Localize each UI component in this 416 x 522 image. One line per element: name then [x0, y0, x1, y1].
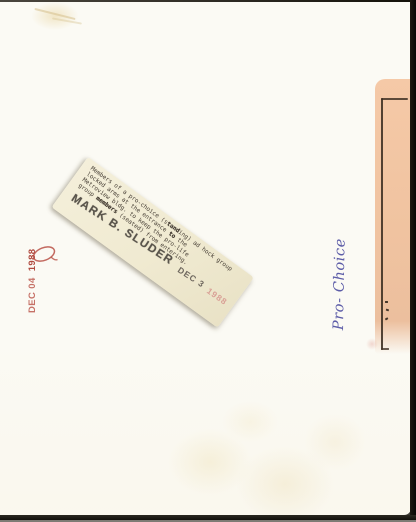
handwritten-note: Pro- Choice — [331, 226, 355, 330]
red-date-stamp-month-day: DEC 04 — [27, 277, 38, 313]
strip-tiny-mark — [385, 301, 388, 303]
scan-edge-top — [0, 0, 416, 2]
scanned-photo-back: Members of a pro-choice (standing) ad ho… — [0, 0, 416, 522]
caption-sticker: Members of a pro-choice (standing) ad ho… — [52, 157, 254, 328]
scratch-mark — [52, 17, 82, 24]
strip-tiny-mark — [381, 348, 389, 350]
strip-border-line-horizontal — [381, 98, 408, 100]
photo-paper: Members of a pro-choice (standing) ad ho… — [0, 2, 411, 515]
caption-line: locked arms at the entrance to the — [85, 170, 247, 290]
strip-border-line-vertical — [381, 98, 383, 350]
pink-smudge — [366, 338, 378, 350]
red-circle-scribble-icon — [31, 244, 58, 265]
scan-edge-right — [410, 0, 416, 522]
caption-text: Members of a pro-choice (standing) ad ho… — [77, 165, 251, 302]
caption-line: Metroview bldg. to keep the pro-life — [81, 176, 243, 296]
